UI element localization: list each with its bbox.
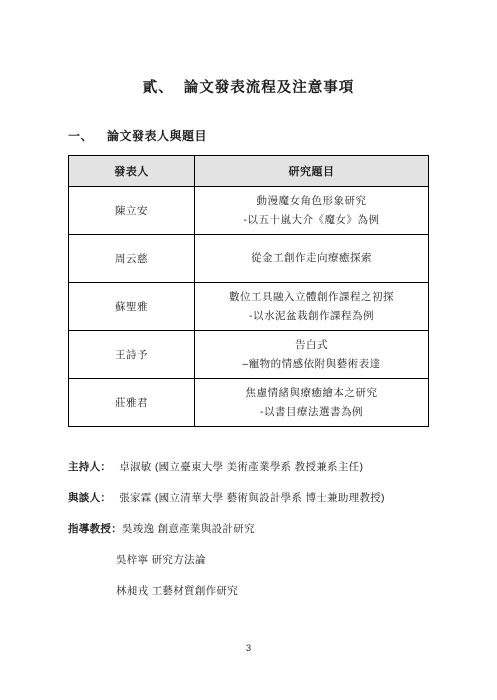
page-number: 3 xyxy=(0,643,497,654)
host-line: 主持人：卓淑敏 (國立臺東大學 美術產業學系 教授兼系主任) xyxy=(68,460,429,475)
host-label: 主持人： xyxy=(68,461,111,473)
table-row: 莊雅君 焦慮情緒與療癒繪本之研究 -以書目療法選書為例 xyxy=(69,379,429,427)
advisor-value: 林昶戎 工藝材質創作研究 xyxy=(116,585,238,597)
topic-line: 從金工創作走向療癒探索 xyxy=(195,249,428,268)
page-title-text: 論文發表流程及注意事項 xyxy=(184,80,355,96)
topic-line: -以書目療法選書為例 xyxy=(195,403,428,422)
advisor-value: 吳竣逸 創意產業與設計研究 xyxy=(122,523,255,535)
topic-line: –寵物的情感依附與藝術表達 xyxy=(195,355,428,374)
topic-line: 告白式 xyxy=(195,336,428,355)
topic-cell: 從金工創作走向療癒探索 xyxy=(195,235,429,283)
table-row: 蘇聖雅 數位工具融入立體創作課程之初探 -以水泥盆栽創作課程為例 xyxy=(69,283,429,331)
discussant-label: 與談人： xyxy=(68,492,111,504)
topic-line: 焦慮情緒與療癒繪本之研究 xyxy=(195,384,428,403)
discussant-line: 與談人：張家霖 (國立清華大學 藝術與設計學系 博士兼助理教授) xyxy=(68,491,429,506)
table-row: 陳立安 動漫魔女角色形象研究 -以五十嵐大介《魔女》為例 xyxy=(69,187,429,235)
column-header-topic: 研究題目 xyxy=(195,156,429,187)
table-row: 王詩予 告白式 –寵物的情感依附與藝術表達 xyxy=(69,331,429,379)
section-heading-number: 一、 xyxy=(68,129,93,143)
topic-cell: 焦慮情緒與療癒繪本之研究 -以書目療法選書為例 xyxy=(195,379,429,427)
presenter-cell: 王詩予 xyxy=(69,331,195,379)
topic-line: 動漫魔女角色形象研究 xyxy=(195,192,428,211)
roles-section: 主持人：卓淑敏 (國立臺東大學 美術產業學系 教授兼系主任) 與談人：張家霖 (… xyxy=(68,460,429,599)
column-header-presenter: 發表人 xyxy=(69,156,195,187)
table-row: 周云慈 從金工創作走向療癒探索 xyxy=(69,235,429,283)
table-header-row: 發表人 研究題目 xyxy=(69,156,429,187)
advisor-label: 指導教授： xyxy=(68,523,122,535)
page-title: 貳、論文發表流程及注意事項 xyxy=(68,78,429,98)
discussant-value: 張家霖 (國立清華大學 藝術與設計學系 博士兼助理教授) xyxy=(119,492,385,504)
page-title-number: 貳、 xyxy=(143,80,174,96)
topic-cell: 數位工具融入立體創作課程之初探 -以水泥盆栽創作課程為例 xyxy=(195,283,429,331)
advisor-line: 指導教授：吳竣逸 創意產業與設計研究 xyxy=(68,522,429,537)
host-value: 卓淑敏 (國立臺東大學 美術產業學系 教授兼系主任) xyxy=(119,461,363,473)
topic-line: -以水泥盆栽創作課程為例 xyxy=(195,307,428,326)
advisor-value: 吳梓寧 研究方法論 xyxy=(116,554,206,566)
presenter-cell: 周云慈 xyxy=(69,235,195,283)
presenters-table: 發表人 研究題目 陳立安 動漫魔女角色形象研究 -以五十嵐大介《魔女》為例 周云… xyxy=(68,155,429,427)
document-page: 貳、論文發表流程及注意事項 一、論文發表人與題目 發表人 研究題目 陳立安 動漫… xyxy=(0,0,497,700)
section-heading-text: 論文發表人與題目 xyxy=(107,129,207,143)
topic-cell: 動漫魔女角色形象研究 -以五十嵐大介《魔女》為例 xyxy=(195,187,429,235)
presenter-cell: 陳立安 xyxy=(69,187,195,235)
advisor-line: 吳梓寧 研究方法論 xyxy=(68,553,429,568)
presenter-cell: 莊雅君 xyxy=(69,379,195,427)
topic-line: -以五十嵐大介《魔女》為例 xyxy=(195,211,428,230)
advisor-line: 林昶戎 工藝材質創作研究 xyxy=(68,584,429,599)
topic-cell: 告白式 –寵物的情感依附與藝術表達 xyxy=(195,331,429,379)
topic-line: 數位工具融入立體創作課程之初探 xyxy=(195,288,428,307)
presenter-cell: 蘇聖雅 xyxy=(69,283,195,331)
section-heading: 一、論文發表人與題目 xyxy=(68,128,429,145)
